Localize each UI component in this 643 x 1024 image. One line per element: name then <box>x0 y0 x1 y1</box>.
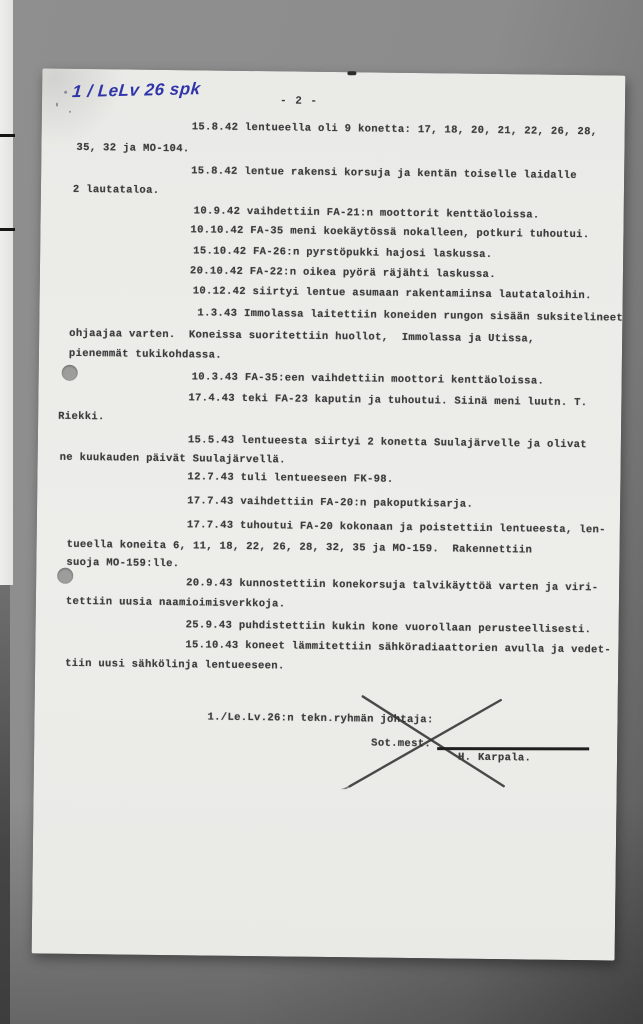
typed-line: 17.7.43 vaihdettiin FA-20:n pakoputkisar… <box>187 495 473 510</box>
typed-line: 10.12.42 siirtyi lentue asumaan rakentam… <box>193 285 592 302</box>
typed-line: 15.10.42 FA-26:n pyrstöpukki hajosi lask… <box>193 245 492 261</box>
typed-line: 12.7.43 tuli lentueeseen FK-98. <box>187 471 393 486</box>
typed-line: pienemmät tukikohdassa. <box>69 348 222 362</box>
typed-line: ne kuukauden päivät Suulajärvellä. <box>60 452 286 467</box>
typed-line: 1.3.43 Immolassa laitettiin koneiden run… <box>197 307 623 324</box>
typed-line: 20.10.42 FA-22:n oikea pyörä räjähti las… <box>190 265 496 281</box>
document-page: 1 / LeLv 26 spk - 2 - 15.8.42 lentueella… <box>32 68 626 960</box>
photo-backdrop: 1 / LeLv 26 spk - 2 - 15.8.42 lentueella… <box>0 0 643 1024</box>
page-number: - 2 - <box>280 95 318 107</box>
typed-line: 15.8.42 lentue rakensi korsuja ja kentän… <box>191 165 577 182</box>
paper-speck <box>69 111 71 113</box>
typed-line: 20.9.43 kunnostettiin konekorsuja talvik… <box>186 577 598 594</box>
paper-speck <box>64 91 67 94</box>
typed-line: 35, 32 ja MO-104. <box>76 142 189 155</box>
typed-line: 10.10.42 FA-35 meni koekäytössä nokallee… <box>190 224 589 241</box>
handwritten-annotation: 1 / LeLv 26 spk <box>71 79 201 102</box>
punch-hole <box>57 568 73 584</box>
paper-speck <box>56 103 58 107</box>
typed-line: 15.10.43 koneet lämmitettiin sähköradiaa… <box>185 639 611 656</box>
typed-line: Riekki. <box>58 411 105 424</box>
film-tick-mark <box>0 134 15 137</box>
typed-line: tettiin uusia naamioimisverkkoja. <box>66 596 286 611</box>
strikethrough-x-mark <box>332 694 513 791</box>
typed-line: tueella koneita 6, 11, 18, 22, 26, 28, 3… <box>67 539 533 557</box>
typed-line: 10.9.42 vaihdettiin FA-21:n moottorit ke… <box>194 205 540 221</box>
typed-line: 25.9.43 puhdistettiin kukin kone vuoroll… <box>186 619 592 636</box>
typed-line: 17.4.43 teki FA-23 kaputin ja tuhoutui. … <box>188 392 587 409</box>
typed-line: 15.5.43 lentueesta siirtyi 2 konetta Suu… <box>188 434 587 451</box>
typed-line: 2 lautataloa. <box>73 184 160 197</box>
typed-line: 15.8.42 lentueella oli 9 konetta: 17, 18… <box>192 121 598 138</box>
typed-line: ohjaajaa varten. Koneissa suoritettiin h… <box>69 328 535 346</box>
typed-line: 10.3.43 FA-35:een vaihdettiin moottori k… <box>192 371 545 387</box>
typed-line: tiin uusi sähkölinja lentueeseen. <box>65 658 285 673</box>
film-dark-edge <box>0 585 10 1024</box>
film-tick-mark <box>0 228 15 231</box>
punch-hole <box>62 365 78 381</box>
typed-line: 17.7.43 tuhoutui FA-20 kokonaan ja poist… <box>187 519 606 536</box>
signature-name: H. Karpala. <box>458 752 531 765</box>
film-edge-strip <box>0 0 13 585</box>
typed-line: suoja MO-159:lle. <box>66 557 179 570</box>
signature-rule <box>437 747 589 750</box>
signature-block: 1./Le.Lv.26:n tekn.ryhmän johtaja: Sot.m… <box>42 68 625 75</box>
paper-edge-notch <box>347 71 356 75</box>
